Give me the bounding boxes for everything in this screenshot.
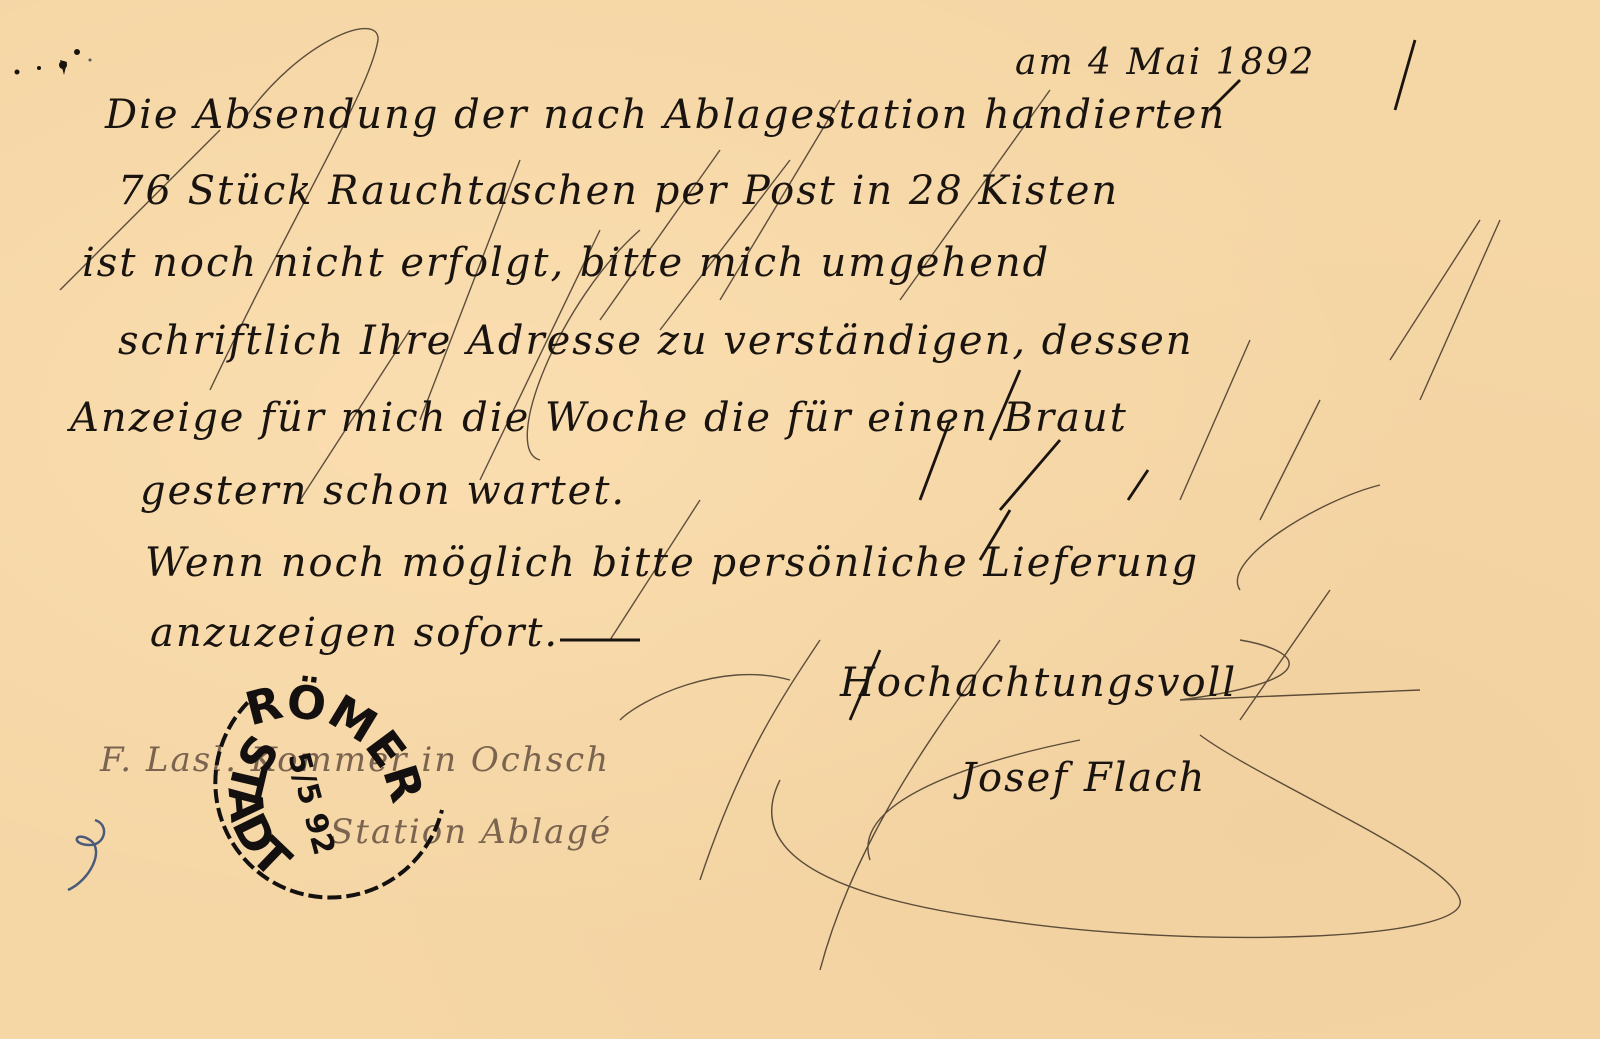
closing-greeting: Hochachtungsvoll [840,660,1237,706]
body-line-5: Anzeige für mich die Woche die für einen… [70,395,1128,441]
body-line-8: anzuzeigen sofort. [150,610,559,656]
postcard: am 4 Mai 1892 Die Absendung der nach Abl… [0,0,1600,1039]
signature: Josef Flach [960,755,1206,801]
postmark-stamp: RÖMER STADT 5/5 92 [192,660,452,920]
body-line-3: ist noch nicht erfolgt, bitte mich umgeh… [82,240,1050,286]
body-line-7: Wenn noch möglich bitte persönliche Lief… [145,540,1199,586]
body-line-6: gestern schon wartet. [140,468,626,514]
pencil-mark [60,800,130,900]
body-line-2: 76 Stück Rauchtaschen per Post in 28 Kis… [118,168,1119,214]
body-line-1: Die Absendung der nach Ablagestation han… [105,92,1226,138]
body-line-4: schriftlich Ihre Adresse zu verständigen… [118,318,1194,364]
date-line: am 4 Mai 1892 [1015,42,1315,83]
ink-smudge [5,20,95,80]
